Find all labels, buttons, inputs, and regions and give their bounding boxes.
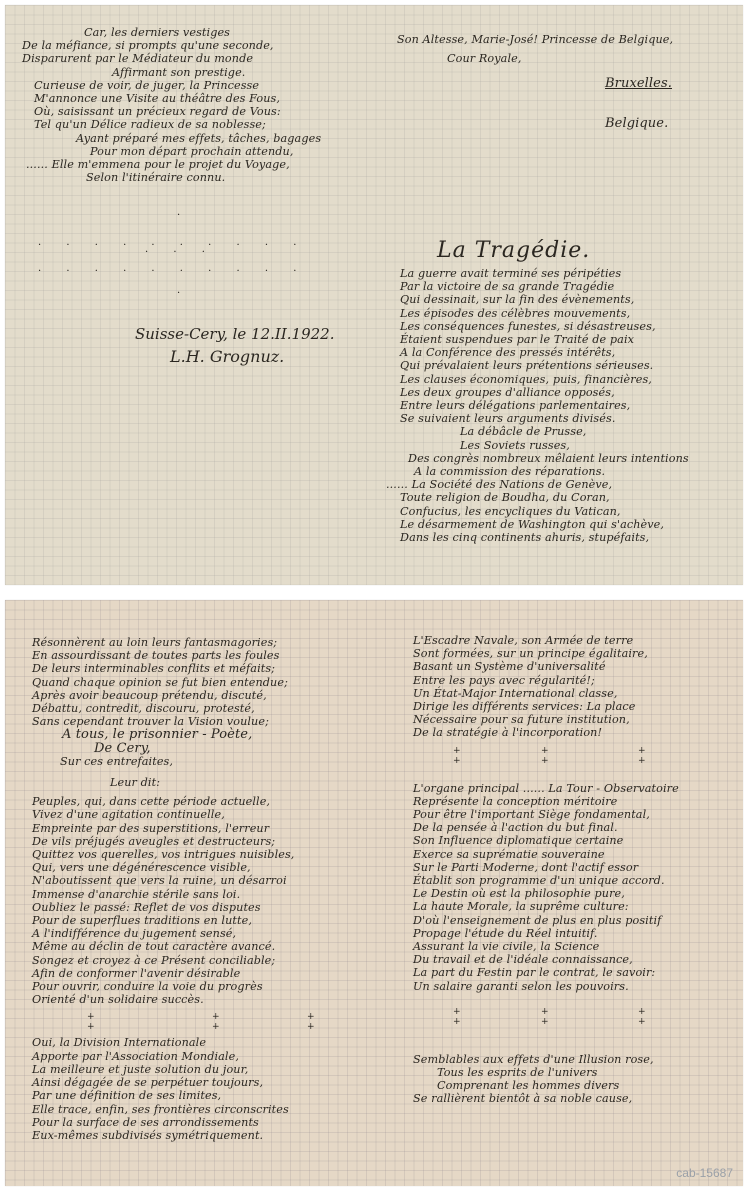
poem-line: Nécessaire pour sa future institution, <box>413 713 743 726</box>
poem-line: Le désarmement de Washington qui s'achèv… <box>400 518 740 531</box>
poem-line: Empreinte par des superstitions, l'erreu… <box>32 822 372 835</box>
poem-line: ...... Elle m'emmena pour le projet du V… <box>20 158 360 171</box>
poem-line: L'Escadre Navale, son Armée de terre <box>413 634 743 647</box>
poem-line: Des congrès nombreux mêlaient leurs inte… <box>400 452 740 465</box>
address-line1: Son Altesse, Marie-José! Princesse de Be… <box>397 33 737 46</box>
poem-line: Les Soviets russes, <box>400 439 740 452</box>
poem-line: Les deux groupes d'alliance opposés, <box>400 386 740 399</box>
poem-line: De la méfiance, si prompts qu'une second… <box>20 39 360 52</box>
poem-line: Un État-Major International classe, <box>413 687 743 700</box>
poem-line: Peuples, qui, dans cette période actuell… <box>32 795 372 808</box>
poem-line: Se suivaient leurs arguments divisés. <box>400 412 740 425</box>
poem-line: Comprenant les hommes divers <box>413 1079 743 1092</box>
poem-line: Les épisodes des célèbres mouvements, <box>400 307 740 320</box>
poem-line: L'organe principal ...... La Tour - Obse… <box>413 782 743 795</box>
poem-line: D'où l'enseignement de plus en plus posi… <box>413 914 743 927</box>
catalog-id: cab-15687 <box>676 1166 733 1180</box>
poem-line: Confucius, les encycliques du Vatican, <box>400 505 740 518</box>
recipient-address: Son Altesse, Marie-José! Princesse de Be… <box>397 33 737 130</box>
poem-line: Propage l'étude du Réel intuitif. <box>413 927 743 940</box>
poem-line: La meilleure et juste solution du jour, <box>32 1063 372 1076</box>
right-poem-bottom: L'Escadre Navale, son Armée de terre Son… <box>413 634 743 1106</box>
poem-line: Ayant préparé mes effets, tâches, bagage… <box>20 132 360 145</box>
right-poem-top: La guerre avait terminé ses péripéties P… <box>400 267 740 544</box>
poem-line: Se rallièrent bientôt à sa noble cause, <box>413 1092 743 1105</box>
poem-line: Oui, la Division Internationale <box>32 1036 372 1049</box>
poem-line: Car, les derniers vestiges <box>20 26 360 39</box>
poem-line: Les conséquences funestes, si désastreus… <box>400 320 740 333</box>
poem-line: Tel qu'un Délice radieux de sa noblesse; <box>20 118 360 131</box>
poem-line: Établit son programme d'un unique accord… <box>413 874 743 887</box>
separator-marks: + + + + + + <box>413 740 743 782</box>
poem-line: A la Conférence des pressés intérêts, <box>400 346 740 359</box>
poem-line: De leurs interminables conflits et méfai… <box>32 662 372 675</box>
poem-line: A la commission des réparations. <box>400 465 740 478</box>
poem-line: Le Destin où est la philosophie pure, <box>413 887 743 900</box>
poem-line: Ainsi dégagée de se perpétuer toujours, <box>32 1076 372 1089</box>
poem-line: Exerce sa suprématie souveraine <box>413 848 743 861</box>
poem-line: Après avoir beaucoup prétendu, discuté, <box>32 689 372 702</box>
poem-line: Immense d'anarchie stérile sans loi. <box>32 888 372 901</box>
poem-line: Selon l'itinéraire connu. <box>20 171 360 184</box>
poem-line: Même au déclin de tout caractère avancé. <box>32 940 372 953</box>
poem-line: Un salaire garanti selon les pouvoirs. <box>413 980 743 993</box>
address-city: Bruxelles. <box>397 77 737 90</box>
poem-line: Assurant la vie civile, la Science <box>413 940 743 953</box>
poem-line: La part du Festin par le contrat, le sav… <box>413 966 743 979</box>
signature-block: Suisse-Cery, le 12.II.1922. L.H. Grognuz… <box>135 325 334 366</box>
poem-line: La débâcle de Prusse, <box>400 425 740 438</box>
poem-line: Semblables aux effets d'une Illusion ros… <box>413 1053 743 1066</box>
poem-line: Eux-mêmes subdivisés symétriquement. <box>32 1129 372 1142</box>
poem-line: Quand chaque opinion se fut bien entendu… <box>32 676 372 689</box>
poem-line: Affirmant son prestige. <box>20 66 360 79</box>
left-poem-bottom: Résonnèrent au loin leurs fantasmagories… <box>32 636 372 1142</box>
poem-line: Leur dit: <box>32 776 372 789</box>
poem-line: De Cery, <box>32 742 372 755</box>
poem-line: Qui prévalaient leurs prétentions sérieu… <box>400 359 740 372</box>
poem-line: De la stratégie à l'incorporation! <box>413 726 743 739</box>
poem-line: Pour la surface de ses arrondissements <box>32 1116 372 1129</box>
separator-marks: · · · · · · · · · · · · · · · · · · · · … <box>5 210 365 270</box>
poem-line: A l'indifférence du jugement sensé, <box>32 927 372 940</box>
poem-line: De vils préjugés aveugles et destructeur… <box>32 835 372 848</box>
poem-line: Pour ouvrir, conduire la voie du progrès <box>32 980 372 993</box>
poem-line: Afin de conformer l'avenir désirable <box>32 967 372 980</box>
left-poem-top: Car, les derniers vestiges De la méfianc… <box>20 26 360 184</box>
poem-line: Résonnèrent au loin leurs fantasmagories… <box>32 636 372 649</box>
poem-line: ...... La Société des Nations de Genève, <box>386 478 740 491</box>
poem-line: Disparurent par le Médiateur du monde <box>20 52 360 65</box>
poem-line: Dirige les différents services: La place <box>413 700 743 713</box>
poem-line: Oubliez le passé: Reflet de vos disputes <box>32 901 372 914</box>
poem-line: Entre leurs délégations parlementaires, <box>400 399 740 412</box>
separator-marks: + + + + + + <box>413 993 743 1053</box>
poem-line: En assourdissant de toutes parts les fou… <box>32 649 372 662</box>
poem-line: Par la victoire de sa grande Tragédie <box>400 280 740 293</box>
poem-line: Débattu, contredit, discouru, protesté, <box>32 702 372 715</box>
poem-line: De la pensée à l'action du but final. <box>413 821 743 834</box>
address-line2: Cour Royale, <box>397 52 737 65</box>
separator-marks: + + + + + + <box>32 1006 372 1036</box>
poem-line: Qui dessinait, sur la fin des évènements… <box>400 293 740 306</box>
poem-line: La guerre avait terminé ses péripéties <box>400 267 740 280</box>
poem-line: Représente la conception méritoire <box>413 795 743 808</box>
poem-line: Pour être l'important Siège fondamental, <box>413 808 743 821</box>
poem-line: Songez et croyez à ce Présent conciliabl… <box>32 954 372 967</box>
poem-line: Sur ces entrefaites, <box>32 755 372 768</box>
poem-line: Basant un Système d'universalité <box>413 660 743 673</box>
poem-line: Où, saisissant un précieux regard de Vou… <box>20 105 360 118</box>
poem-line: Vivez d'une agitation continuelle, <box>32 808 372 821</box>
poem-line: Pour de superflues traditions en lutte, <box>32 914 372 927</box>
poem-line: Pour mon départ prochain attendu, <box>20 145 360 158</box>
place-date: Suisse-Cery, le 12.II.1922. <box>135 325 334 343</box>
poem-line: La haute Morale, la suprême culture: <box>413 900 743 913</box>
poem-line: Par une définition de ses limites, <box>32 1089 372 1102</box>
poem-line: Du travail et de l'idéale connaissance, <box>413 953 743 966</box>
author-signature: L.H. Grognuz. <box>135 347 334 366</box>
poem-line: Orienté d'un solidaire succès. <box>32 993 372 1006</box>
poem-line: Les clauses économiques, puis, financièr… <box>400 373 740 386</box>
poem-title: La Tragédie. <box>437 238 590 263</box>
poem-line: Son Influence diplomatique certaine <box>413 834 743 847</box>
poem-line: Quittez vos querelles, vos intrigues nui… <box>32 848 372 861</box>
poem-line: Sont formées, sur un principe égalitaire… <box>413 647 743 660</box>
address-country: Belgique. <box>397 117 737 130</box>
poem-line: Étaient suspendues par le Traité de paix <box>400 333 740 346</box>
poem-line: Elle trace, enfin, ses frontières circon… <box>32 1103 372 1116</box>
poem-line: Dans les cinq continents ahuris, stupéfa… <box>400 531 740 544</box>
poem-line: Curieuse de voir, de juger, la Princesse <box>20 79 360 92</box>
manuscript-page-top: Car, les derniers vestiges De la méfianc… <box>5 5 743 585</box>
poem-line: Toute religion de Boudha, du Coran, <box>400 491 740 504</box>
poem-line: Sur le Parti Moderne, dont l'actif essor <box>413 861 743 874</box>
poem-line: Apporte par l'Association Mondiale, <box>32 1050 372 1063</box>
poem-line: Entre les pays avec régularité!; <box>413 674 743 687</box>
manuscript-page-bottom: Résonnèrent au loin leurs fantasmagories… <box>5 600 743 1186</box>
poem-line: Qui, vers une dégénérescence visible, <box>32 861 372 874</box>
poem-line: A tous, le prisonnier - Poète, <box>32 728 372 741</box>
poem-line: N'aboutissent que vers la ruine, un désa… <box>32 874 372 887</box>
poem-line: Tous les esprits de l'univers <box>413 1066 743 1079</box>
poem-line: M'annonce une Visite au théâtre des Fous… <box>20 92 360 105</box>
